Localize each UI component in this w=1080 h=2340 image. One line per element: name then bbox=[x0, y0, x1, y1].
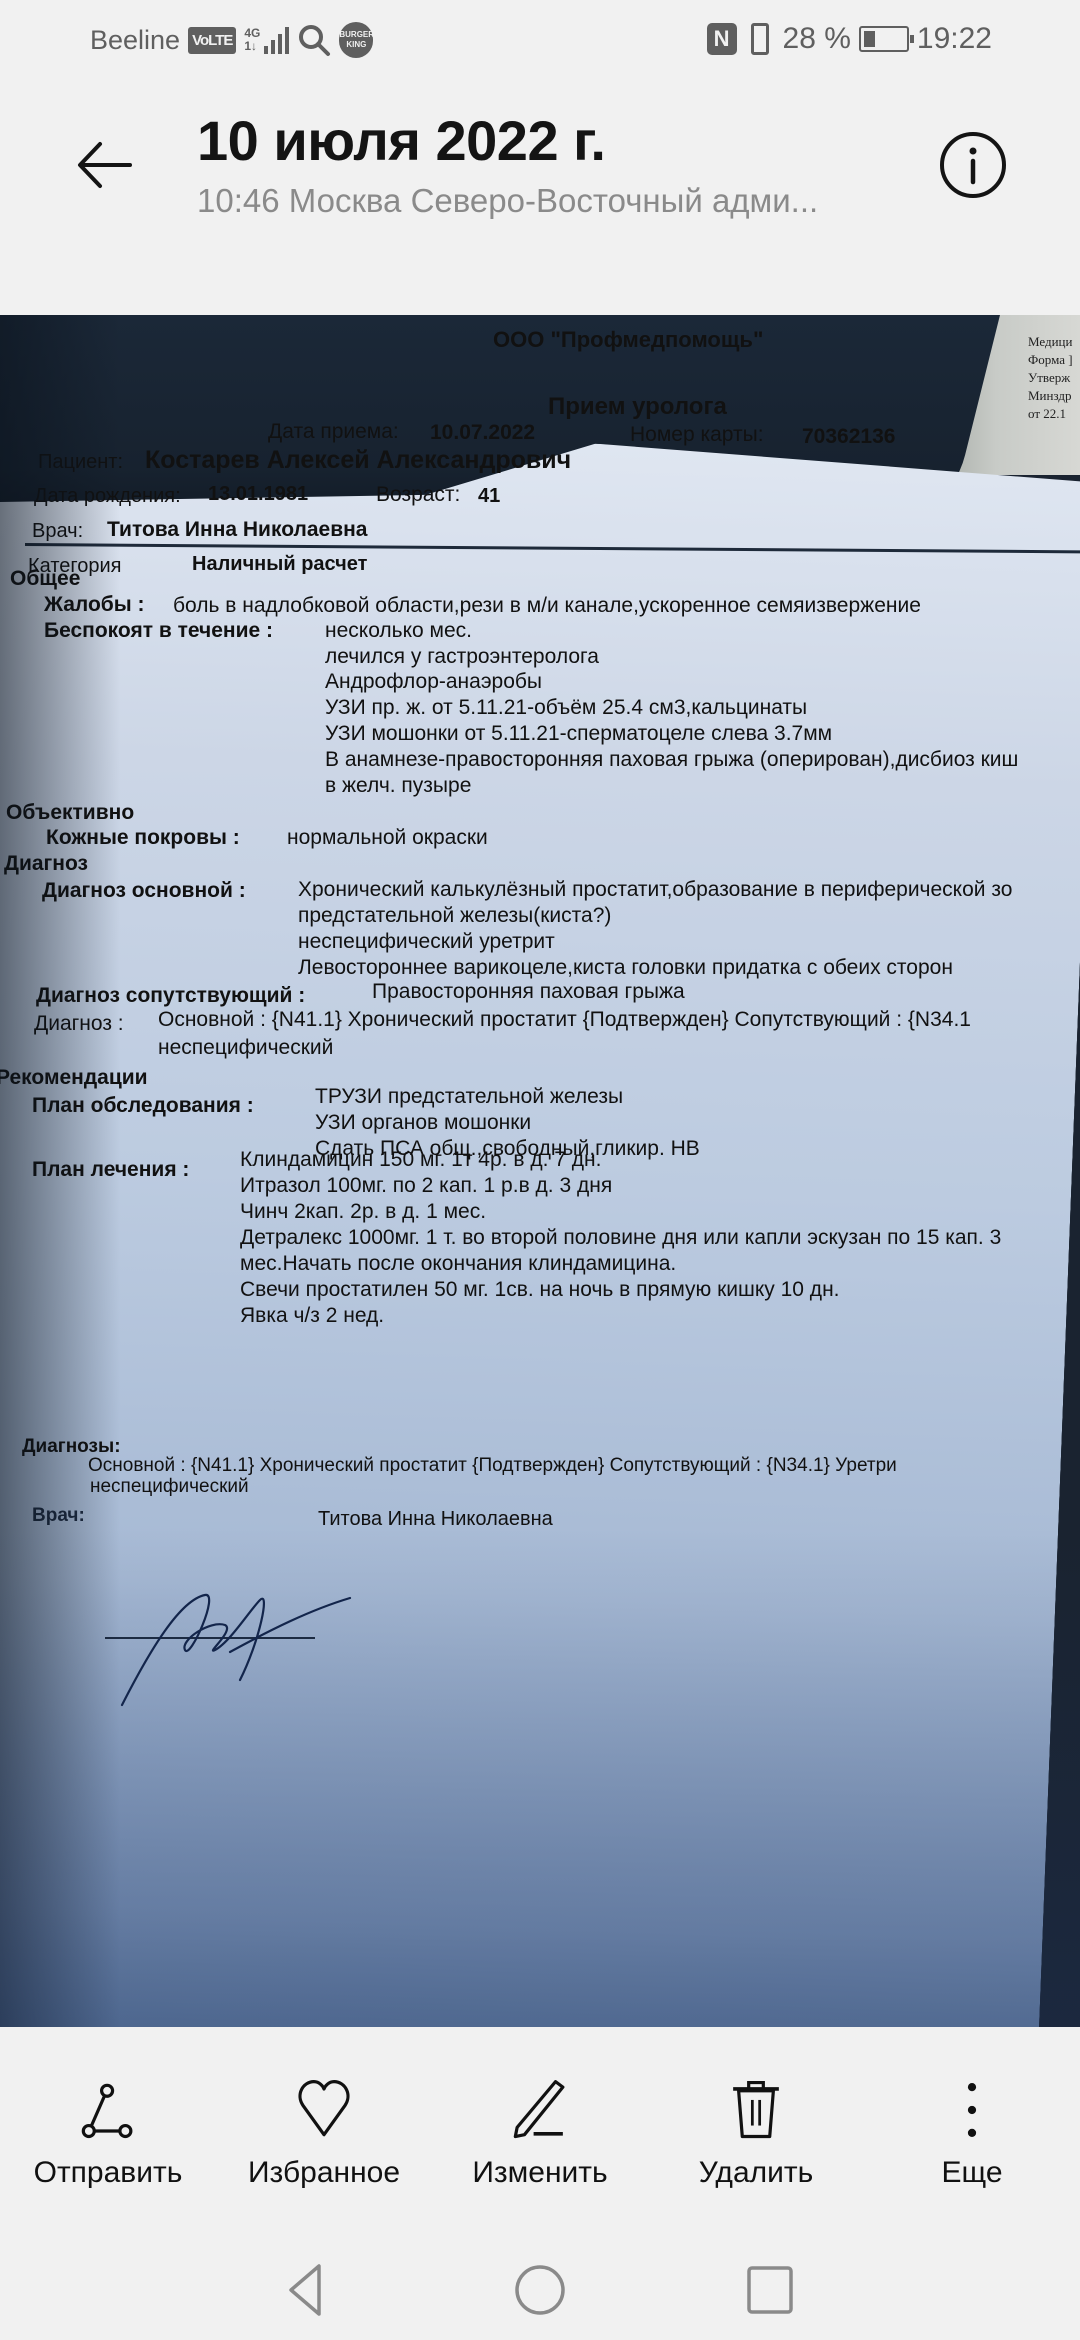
action-bar: Отправить Избранное Изменить Удалить Еще bbox=[0, 2040, 1080, 2190]
vibrate-icon bbox=[751, 23, 769, 55]
form-note-line: Форма ] bbox=[1028, 351, 1073, 369]
complaints-label: Жалобы : bbox=[44, 593, 145, 617]
signal-icon bbox=[264, 26, 289, 54]
visit-date: 10.07.2022 bbox=[430, 421, 535, 445]
skin-value: нормальной окраски bbox=[287, 826, 488, 850]
dx-code-label: Диагноз : bbox=[34, 1012, 124, 1036]
share-button[interactable]: Отправить bbox=[0, 2040, 216, 2190]
treatment-line: Клиндамицин 150 мг. 1т 4р. в д. 7 дн. bbox=[240, 1148, 601, 1172]
battery-percent: 28 % bbox=[783, 22, 851, 56]
exam-plan-line: ТРУЗИ предстательной железы bbox=[315, 1085, 623, 1109]
duration-line: несколько мес. bbox=[325, 619, 472, 643]
edit-label: Изменить bbox=[472, 2156, 607, 2190]
concomitant-value: Правосторонняя паховая грыжа bbox=[372, 980, 685, 1004]
form-note-line: Минздр bbox=[1028, 387, 1073, 405]
main-dx-label: Диагноз основной : bbox=[42, 879, 246, 903]
main-dx-line: Хронический калькулёзный простатит,образ… bbox=[298, 878, 1012, 902]
treatment-line: Итразол 100мг. по 2 кап. 1 р.в д. 3 дня bbox=[240, 1174, 612, 1198]
treatment-line: Свечи простатилен 50 мг. 1св. на ночь в … bbox=[240, 1278, 840, 1302]
doctor-label: Врач: bbox=[32, 520, 83, 543]
form-note-line: Медици bbox=[1028, 333, 1073, 351]
bk-line2: KING bbox=[346, 40, 366, 49]
section-recommendations: Рекомендации bbox=[0, 1066, 148, 1090]
status-right: N 28 % 19:22 bbox=[707, 22, 992, 56]
footer-dx-line: Основной : {N41.1} Хронический простатит… bbox=[88, 1455, 897, 1477]
arrow-left-icon[interactable] bbox=[70, 130, 140, 200]
pencil-icon bbox=[505, 2078, 575, 2142]
form-note-line: от 22.1 bbox=[1028, 405, 1073, 423]
treatment-line: мес.Начать после окончания клиндамицина. bbox=[240, 1252, 676, 1276]
more-vertical-icon bbox=[937, 2078, 1007, 2142]
duration-line: УЗИ мошонки от 5.11.21-сперматоцеле слев… bbox=[325, 722, 832, 746]
network-type-icon: 4G 1↓ bbox=[244, 27, 260, 53]
divider bbox=[25, 543, 1080, 554]
delete-button[interactable]: Удалить bbox=[648, 2040, 864, 2190]
patient-name: Костарев Алексей Александрович bbox=[145, 446, 571, 475]
carrier-name: Beeline bbox=[90, 25, 180, 56]
bk-line1: BURGER bbox=[339, 30, 374, 39]
complaints: боль в надлобковой области,рези в м/и ка… bbox=[173, 594, 921, 618]
form-note: Медици Форма ] Утверж Минздр от 22.1 bbox=[1028, 333, 1073, 423]
page-title: 10 июля 2022 г. bbox=[197, 108, 605, 173]
more-label: Еще bbox=[941, 2156, 1002, 2190]
footer-doctor-label: Врач: bbox=[32, 1505, 85, 1527]
exam-plan-line: УЗИ органов мошонки bbox=[315, 1111, 531, 1135]
visit-date-label: Дата приема: bbox=[268, 420, 399, 444]
system-nav-bar bbox=[0, 2245, 1080, 2340]
patient-label: Пациент: bbox=[38, 451, 123, 474]
delete-label: Удалить bbox=[699, 2156, 814, 2190]
form-note-line: Утверж bbox=[1028, 369, 1073, 387]
section-diagnosis: Диагноз bbox=[4, 852, 88, 876]
card-number: 70362136 bbox=[802, 425, 895, 449]
treatment-line: Детралекс 1000мг. 1 т. во второй половин… bbox=[240, 1226, 1001, 1250]
info-icon[interactable] bbox=[938, 130, 1008, 200]
nav-back-icon[interactable] bbox=[277, 2260, 337, 2320]
duration-line: лечился у гастроэнтеролога bbox=[325, 645, 599, 669]
more-button[interactable]: Еще bbox=[864, 2040, 1080, 2190]
trash-icon bbox=[721, 2078, 791, 2142]
duration-line: Андрофлор-анаэробы bbox=[325, 670, 542, 694]
nfc-icon: N bbox=[707, 23, 737, 55]
treatment-line: Чинч 2кап. 2р. в д. 1 мес. bbox=[240, 1200, 486, 1224]
network-sub-label: 1↓ bbox=[244, 40, 260, 53]
main-dx-line: Левостороннее варикоцеле,киста головки п… bbox=[298, 956, 953, 980]
main-dx-line: предстательной железы(киста?) bbox=[298, 904, 611, 928]
status-bar: Beeline VoLTE 4G 1↓ BURGER KING N 28 % 1… bbox=[0, 0, 1080, 80]
exam-plan-label: План обследования : bbox=[32, 1094, 254, 1118]
battery-icon bbox=[859, 26, 909, 52]
duration-line: УЗИ пр. ж. от 5.11.21-объём 25.4 см3,кал… bbox=[325, 696, 807, 720]
footer-dx-line: неспецифический bbox=[90, 1476, 249, 1498]
dx-code-line: Основной : {N41.1} Хронический простатит… bbox=[158, 1008, 971, 1032]
footer-doctor-name: Титова Инна Николаевна bbox=[318, 1508, 553, 1531]
main-dx-line: неспецифический уретрит bbox=[298, 930, 555, 954]
clock: 19:22 bbox=[917, 22, 992, 56]
duration-label: Беспокоят в течение : bbox=[44, 619, 273, 643]
treatment-line: Явка ч/з 2 нед. bbox=[240, 1304, 384, 1328]
battery-level bbox=[864, 31, 875, 47]
org-name: ООО "Профмедпомощь" bbox=[493, 327, 763, 353]
duration-line: В анамнезе-правосторонняя паховая грыжа … bbox=[325, 748, 1018, 772]
burger-king-icon: BURGER KING bbox=[339, 22, 373, 58]
share-label: Отправить bbox=[34, 2156, 183, 2190]
favorite-button[interactable]: Избранное bbox=[216, 2040, 432, 2190]
skin-label: Кожные покровы : bbox=[46, 826, 240, 850]
birth-label: Дата рождения: bbox=[34, 485, 181, 508]
doctor-name: Титова Инна Николаевна bbox=[107, 518, 367, 542]
share-icon bbox=[73, 2078, 143, 2142]
favorite-label: Избранное bbox=[248, 2156, 400, 2190]
nav-home-icon[interactable] bbox=[510, 2260, 570, 2320]
treatment-label: План лечения : bbox=[32, 1158, 189, 1182]
medical-document: ООО "Профмедпомощь" Медици Форма ] Утвер… bbox=[0, 315, 1080, 2027]
photo-viewer[interactable]: ООО "Профмедпомощь" Медици Форма ] Утвер… bbox=[0, 315, 1080, 2027]
section-general: Общее bbox=[10, 567, 80, 591]
heart-icon bbox=[289, 2078, 359, 2142]
app-header: 10 июля 2022 г. 10:46 Москва Северо-Вост… bbox=[0, 90, 1080, 240]
nav-recents-icon[interactable] bbox=[740, 2260, 800, 2320]
status-left: Beeline VoLTE 4G 1↓ BURGER KING bbox=[90, 22, 373, 58]
edit-button[interactable]: Изменить bbox=[432, 2040, 648, 2190]
volte-icon: VoLTE bbox=[188, 27, 236, 54]
doc-heading: Прием уролога bbox=[548, 393, 727, 421]
signature bbox=[110, 1580, 370, 1710]
location-subtitle: 10:46 Москва Северо-Восточный адми... bbox=[197, 182, 877, 220]
age-label: Возраст: bbox=[376, 483, 460, 507]
search-icon bbox=[297, 23, 331, 57]
category-value: Наличный расчет bbox=[192, 553, 367, 576]
duration-line: в желч. пузыре bbox=[325, 774, 471, 798]
card-number-label: Номер карты: bbox=[630, 423, 764, 447]
concomitant-label: Диагноз сопутствующий : bbox=[36, 984, 305, 1008]
age: 41 bbox=[478, 485, 500, 508]
section-objective: Объективно bbox=[6, 801, 134, 825]
birth-date: 13.01.1981 bbox=[208, 483, 308, 506]
dx-code-line: неспецифический bbox=[158, 1036, 333, 1060]
